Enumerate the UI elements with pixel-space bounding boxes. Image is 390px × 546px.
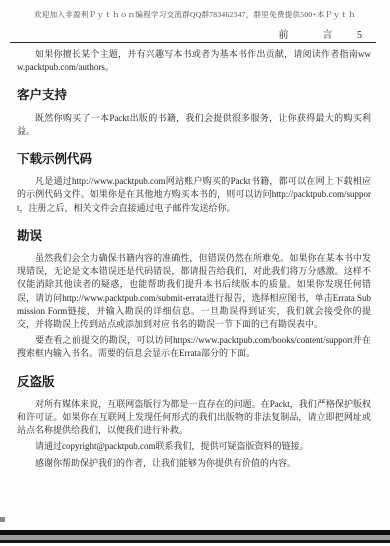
paragraph: 既然你购买了一本Packt出版的书籍，我们会提供很多服务，让你获得最大的购买利益… (17, 112, 371, 138)
scanned-book-page: 欢迎加入非盈利Ｐｙｔｈｏｎ编程学习交流群QQ群783462347，群里免费提供5… (0, 0, 390, 546)
paragraph: 要查看之前提交的勘误，可以访问https://www.packtpub.com/… (17, 334, 371, 360)
section-heading-download-code: 下载示例代码 (17, 153, 371, 166)
page-content: 如果你擅长某个主题，并有兴趣写本书或者为基本书作出贡献，请阅读作者指南www.p… (17, 48, 371, 473)
section-heading-errata: 勘误 (17, 230, 371, 243)
paragraph: 凡是通过http://www.packtpub.com网站账户购买的Packt书… (17, 175, 371, 215)
scan-smudge (0, 517, 5, 522)
paragraph: 感谢你帮助保护我们的作者，让我们能够为你提供有价值的内容。 (17, 457, 371, 470)
paragraph: 对所有媒体来说，互联网盗版行为都是一直存在的问题。在Packt，我们严格保护版权… (17, 398, 371, 438)
section-heading-anti-piracy: 反盗版 (17, 376, 371, 389)
intro-paragraph: 如果你擅长某个主题，并有兴趣写本书或者为基本书作出贡献，请阅读作者指南www.p… (17, 48, 371, 74)
bottom-thin-black-bar (0, 540, 390, 543)
scan-bottom-edge (0, 530, 390, 546)
page-number: 5 (357, 30, 362, 41)
paragraph: 请通过copyright@packtpub.com联系我们，提供可疑盗版资料的链… (17, 440, 371, 453)
watermark-banner: 欢迎加入非盈利Ｐｙｔｈｏｎ编程学习交流群QQ群783462347，群里免费提供5… (0, 9, 390, 20)
section-heading-customer-support: 客户支持 (17, 89, 371, 102)
paragraph: 虽然我们会全力确保书籍内容的准确性，但错误仍然在所难免。如果你在某本书中发现错误… (17, 252, 371, 331)
page-header: 前 言 5 (10, 26, 376, 43)
chapter-title: 前 言 (279, 30, 345, 41)
